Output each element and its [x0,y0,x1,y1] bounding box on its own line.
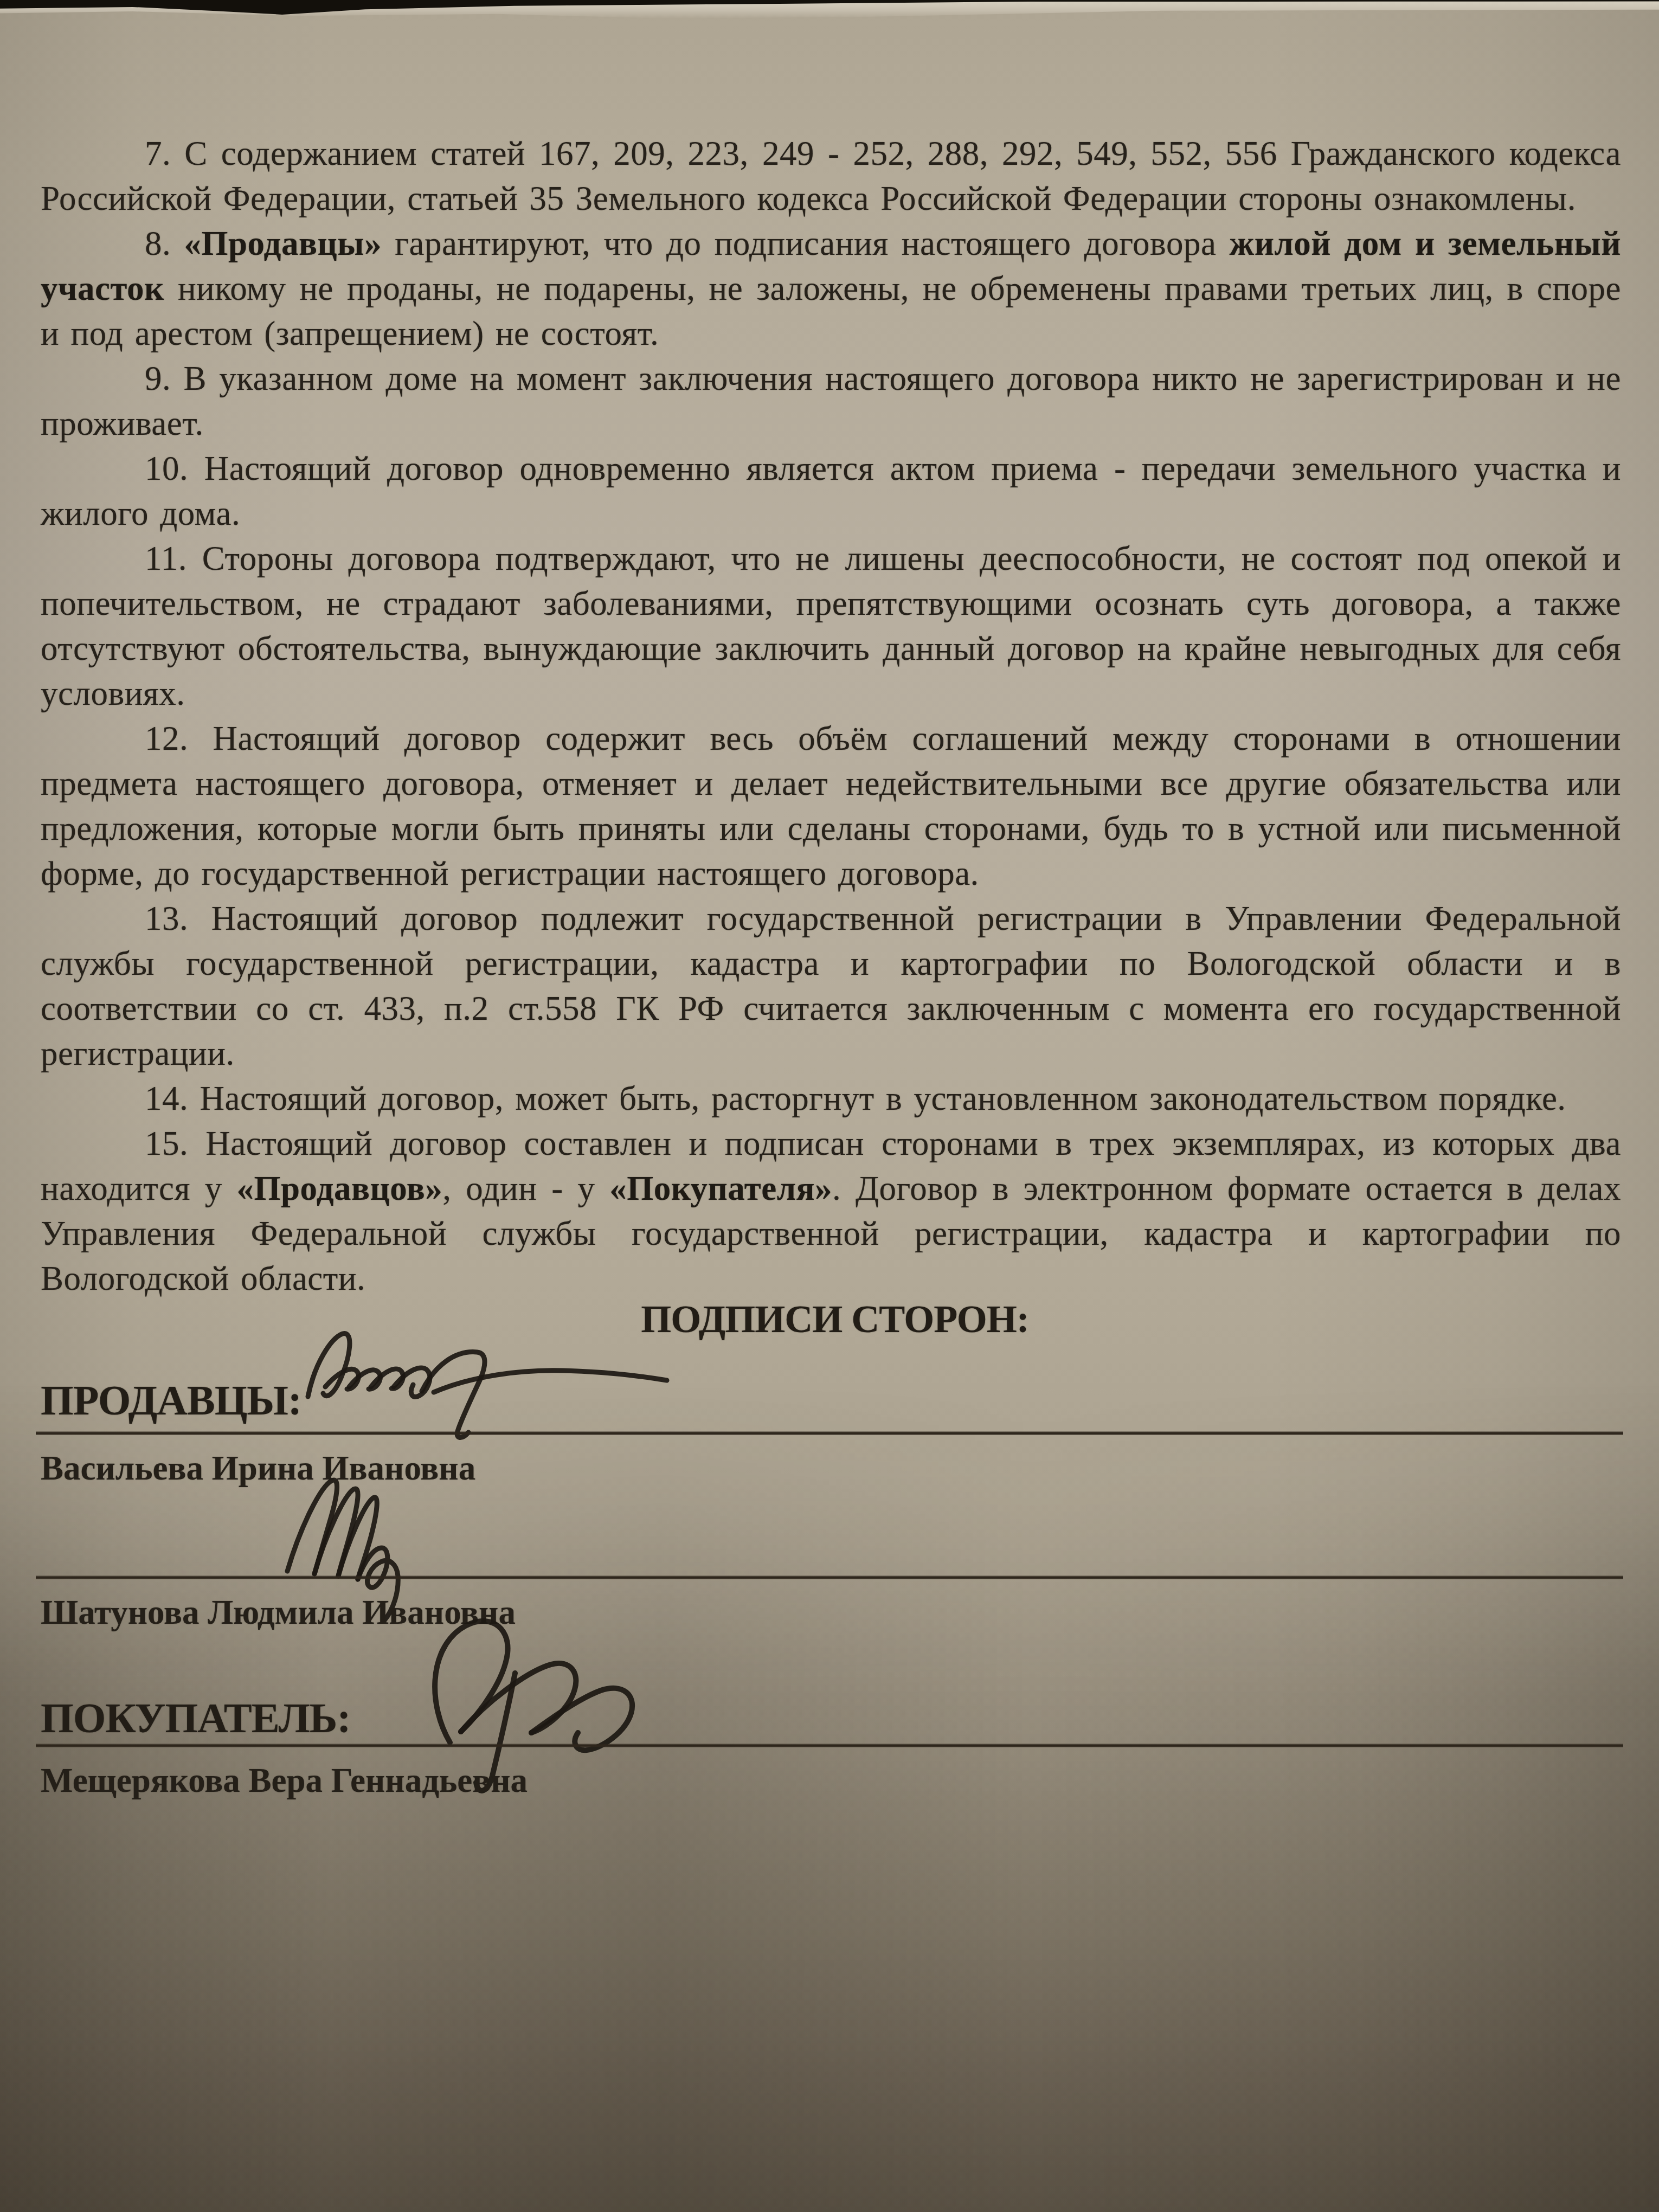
seller1-signature-line [36,1431,1623,1435]
clause-15: 15. Настоящий договор составлен и подпис… [41,1121,1621,1301]
buyer-signature-line [36,1744,1623,1747]
photographed-contract-page: { "page": { "paper_color": "#b4ab99", "i… [0,0,1659,2212]
clause-8: 8. «Продавцы» гарантируют, что до подпис… [41,221,1621,356]
seller1-signature-handwriting [293,1300,683,1442]
buyer-label: ПОКУПАТЕЛЬ: [41,1694,350,1742]
signatures-section-title: ПОДПИСИ СТОРОН: [0,1297,1659,1342]
clause-14: 14. Настоящий договор, может быть, расто… [41,1076,1621,1121]
seller2-signature-line [36,1576,1623,1579]
clause-11: 11. Стороны договора подтверждают, что н… [41,536,1621,716]
buyer-name: Мещерякова Вера Геннадьевна [41,1761,528,1801]
clause-9: 9. В указанном доме на момент заключения… [41,356,1621,446]
clause-10: 10. Настоящий договор одновременно являе… [41,446,1621,536]
sellers-label: ПРОДАВЦЫ: [41,1376,301,1425]
clause-12: 12. Настоящий договор содержит весь объё… [41,716,1621,896]
clause-13: 13. Настоящий договор подлежит государст… [41,896,1621,1076]
contract-clauses: 7. С содержанием статей 167, 209, 223, 2… [41,131,1621,1301]
clause-7: 7. С содержанием статей 167, 209, 223, 2… [41,131,1621,221]
